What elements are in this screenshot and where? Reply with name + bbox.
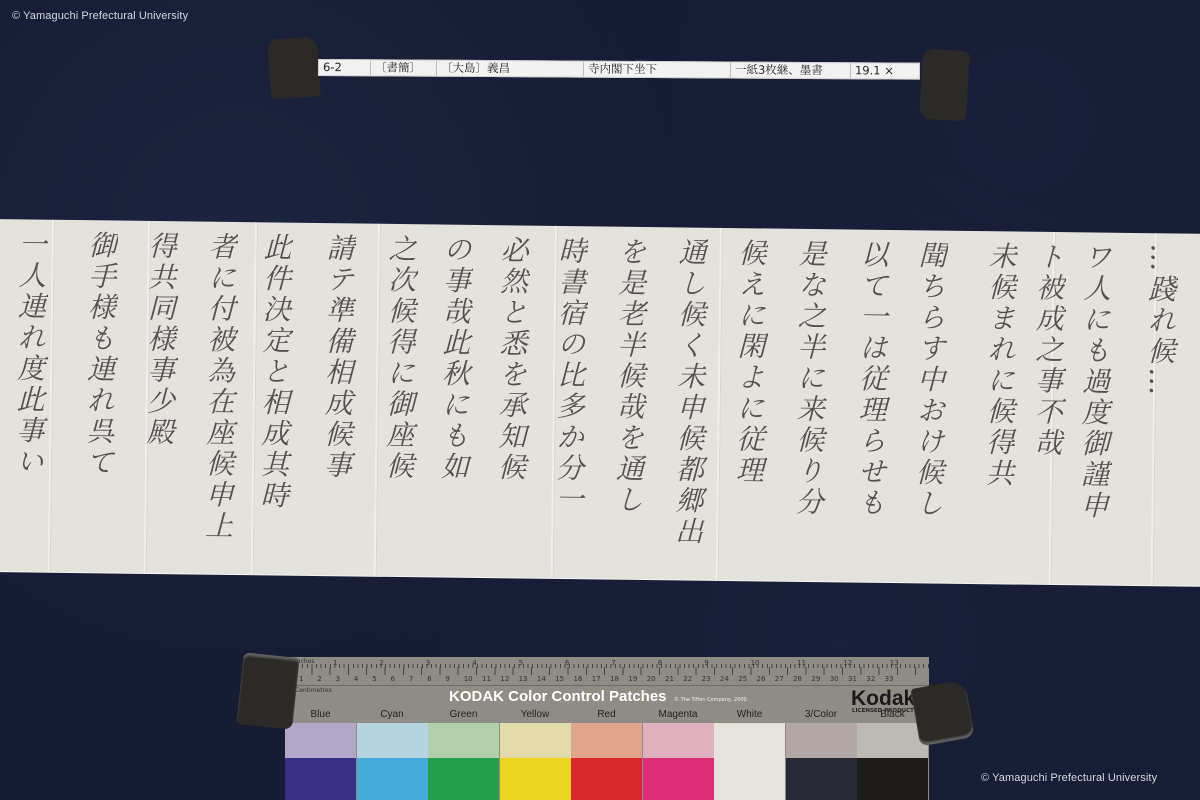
copyright-bottom: © Yamaguchi Prefectural University bbox=[981, 772, 1157, 784]
patch-label-yellow: Yellow bbox=[500, 709, 571, 720]
ruler-cm-number: 7 bbox=[409, 675, 413, 683]
ruler-inch-number: 4 bbox=[472, 659, 476, 667]
ruler-cm-number: 26 bbox=[757, 675, 766, 683]
ruler-cm-number: 1 bbox=[299, 675, 303, 683]
ruler-cm-number: 31 bbox=[848, 675, 857, 683]
handwritten-column: ワ人にも過度御謹申 bbox=[1071, 242, 1115, 572]
color-patch-dark bbox=[428, 758, 499, 800]
kodak-copyright: © The Tiffen Company, 2000 bbox=[674, 697, 747, 703]
label-cell: 6-2 bbox=[319, 60, 371, 75]
ruler-cm-number: 13 bbox=[519, 675, 528, 683]
kodak-color-target: Inches Centimetres 123456789101112131415… bbox=[285, 657, 929, 800]
ruler-cm-number: 20 bbox=[647, 675, 656, 683]
ruler-inch-number: 2 bbox=[379, 659, 383, 667]
handwritten-column: 請テ準備相成候事 bbox=[314, 233, 358, 563]
patch-label-green: Green bbox=[428, 709, 499, 720]
ruler-cm-number: 6 bbox=[391, 675, 395, 683]
handwritten-column: 者に付被為在座候申上 bbox=[196, 232, 240, 562]
ruler-cm-number: 12 bbox=[500, 675, 509, 683]
handwritten-column: 通し候く未申候都郷出 bbox=[666, 237, 710, 567]
ruler-cm-number: 25 bbox=[738, 675, 747, 683]
color-patch-dark bbox=[571, 758, 642, 800]
patch-label-cyan: Cyan bbox=[357, 709, 428, 720]
paper-fold bbox=[716, 228, 722, 580]
ruler-inch-number: 8 bbox=[658, 659, 662, 667]
ruler-cm-number: 17 bbox=[592, 675, 601, 683]
label-cell: 寺内閣下坐下 bbox=[584, 62, 731, 78]
color-patch-light bbox=[786, 723, 857, 758]
label-cell: 〔大島〕義昌 bbox=[437, 61, 584, 77]
handwritten-column: 以て一は従理らせも bbox=[848, 240, 892, 570]
patch-labels: BlueCyanGreenYellowRedMagentaWhite3/Colo… bbox=[285, 709, 929, 723]
label-cell: 19.1 × bbox=[851, 63, 919, 78]
ruler-inch-number: 11 bbox=[797, 659, 806, 667]
ruler-cm-number: 32 bbox=[866, 675, 875, 683]
ruler: Inches Centimetres 123456789101112131415… bbox=[285, 657, 929, 687]
ruler-cm-number: 22 bbox=[683, 675, 692, 683]
handwritten-column: 之次候得に御座候 bbox=[376, 234, 420, 564]
ruler-cm-number: 33 bbox=[885, 675, 894, 683]
ruler-cm-number: 9 bbox=[445, 675, 449, 683]
ruler-cm-number: 4 bbox=[354, 675, 358, 683]
handwritten-column: 得共同様事少殿 bbox=[136, 231, 180, 561]
tape-piece bbox=[919, 49, 970, 121]
ruler-inch-number: 13 bbox=[890, 659, 899, 667]
handwritten-column: を是老半候哉を通し bbox=[606, 237, 650, 567]
handwritten-column: ト被成之事不哉 bbox=[1024, 242, 1068, 572]
copyright-top: © Yamaguchi Prefectural University bbox=[12, 10, 188, 22]
ruler-cm-number: 10 bbox=[464, 675, 473, 683]
label-cell: 〔書簡〕 bbox=[371, 60, 437, 75]
color-patch-light bbox=[500, 723, 571, 758]
handwritten-column: 一人連れ度此事い bbox=[6, 229, 50, 559]
color-patch-dark bbox=[643, 758, 714, 800]
color-patch-dark bbox=[500, 758, 571, 800]
handwritten-column: …踐れ候… bbox=[1136, 243, 1180, 573]
handwritten-column: 未候まれに候得共 bbox=[976, 241, 1020, 571]
ruler-cm-number: 29 bbox=[811, 675, 820, 683]
ruler-inch-number: 12 bbox=[843, 659, 852, 667]
ruler-inch-number: 7 bbox=[611, 659, 615, 667]
patch-label-magenta: Magenta bbox=[643, 709, 714, 720]
ruler-cm-number: 3 bbox=[336, 675, 340, 683]
color-patch-dark bbox=[357, 758, 428, 800]
ruler-cm-number: 24 bbox=[720, 675, 729, 683]
ruler-cm-number: 23 bbox=[702, 675, 711, 683]
ruler-inch-number: 10 bbox=[751, 659, 760, 667]
color-patch-dark bbox=[786, 758, 857, 800]
ruler-cm-number: 5 bbox=[372, 675, 376, 683]
handwritten-column: 聞ちらす中おけ候し bbox=[906, 240, 950, 570]
ruler-cm-number: 8 bbox=[427, 675, 431, 683]
ruler-cm-number: 28 bbox=[793, 675, 802, 683]
ruler-cm-number: 11 bbox=[482, 675, 491, 683]
color-patches bbox=[285, 723, 929, 800]
color-patch-light bbox=[571, 723, 642, 758]
ruler-cm-number: 16 bbox=[574, 675, 583, 683]
handwritten-column: 時書宿の比多か分一 bbox=[546, 236, 590, 566]
handwritten-column: 必然と悉を承知候 bbox=[488, 235, 532, 565]
ruler-cm-label: Centimetres bbox=[295, 687, 332, 694]
color-patch-light bbox=[714, 723, 785, 800]
color-patch-light bbox=[357, 723, 428, 758]
tape-piece bbox=[910, 680, 974, 747]
handwritten-column: 御手様も連れ呉て bbox=[76, 230, 120, 560]
ruler-inch-number: 9 bbox=[704, 659, 708, 667]
color-patch-light bbox=[428, 723, 499, 758]
ruler-cm-number: 19 bbox=[628, 675, 637, 683]
ruler-inch-number: 6 bbox=[565, 659, 569, 667]
label-cell: 一紙3枚継、墨書 bbox=[731, 63, 851, 79]
patch-label-blue: Blue bbox=[285, 709, 356, 720]
handwritten-column: 候えに閑よに従理 bbox=[726, 238, 770, 568]
patch-label-white: White bbox=[714, 709, 785, 720]
handwritten-column: 此件決定と相成其時 bbox=[251, 232, 295, 562]
ruler-cm-number: 14 bbox=[537, 675, 546, 683]
ruler-cm-number: 2 bbox=[317, 675, 321, 683]
handwritten-column: の事哉此秋にも如 bbox=[431, 234, 475, 564]
ruler-cm-number: 15 bbox=[555, 675, 564, 683]
ruler-inch-number: 3 bbox=[426, 659, 430, 667]
patch-label-3-color: 3/Color bbox=[786, 709, 857, 720]
handwritten-column: 是な之半に来候り分 bbox=[786, 239, 830, 569]
color-patch-dark bbox=[857, 758, 928, 800]
ruler-inch-number: 1 bbox=[333, 659, 337, 667]
ruler-cm-number: 30 bbox=[830, 675, 839, 683]
color-patch-light bbox=[285, 723, 356, 758]
ruler-cm-number: 21 bbox=[665, 675, 674, 683]
tape-piece bbox=[236, 652, 299, 729]
ruler-cm-number: 18 bbox=[610, 675, 619, 683]
tape-piece bbox=[267, 36, 321, 99]
kodak-title: KODAK Color Control Patches bbox=[449, 688, 667, 705]
ruler-cm-number: 27 bbox=[775, 675, 784, 683]
ruler-inch-number: 5 bbox=[519, 659, 523, 667]
patch-label-red: Red bbox=[571, 709, 642, 720]
color-patch-light bbox=[643, 723, 714, 758]
letter-paper: …踐れ候…ワ人にも過度御謹申ト被成之事不哉未候まれに候得共聞ちらす中おけ候し以て… bbox=[0, 219, 1200, 586]
color-patch-dark bbox=[285, 758, 356, 800]
catalog-label-strip: 6-2〔書簡〕〔大島〕義昌寺内閣下坐下一紙3枚継、墨書19.1 × bbox=[318, 59, 920, 80]
